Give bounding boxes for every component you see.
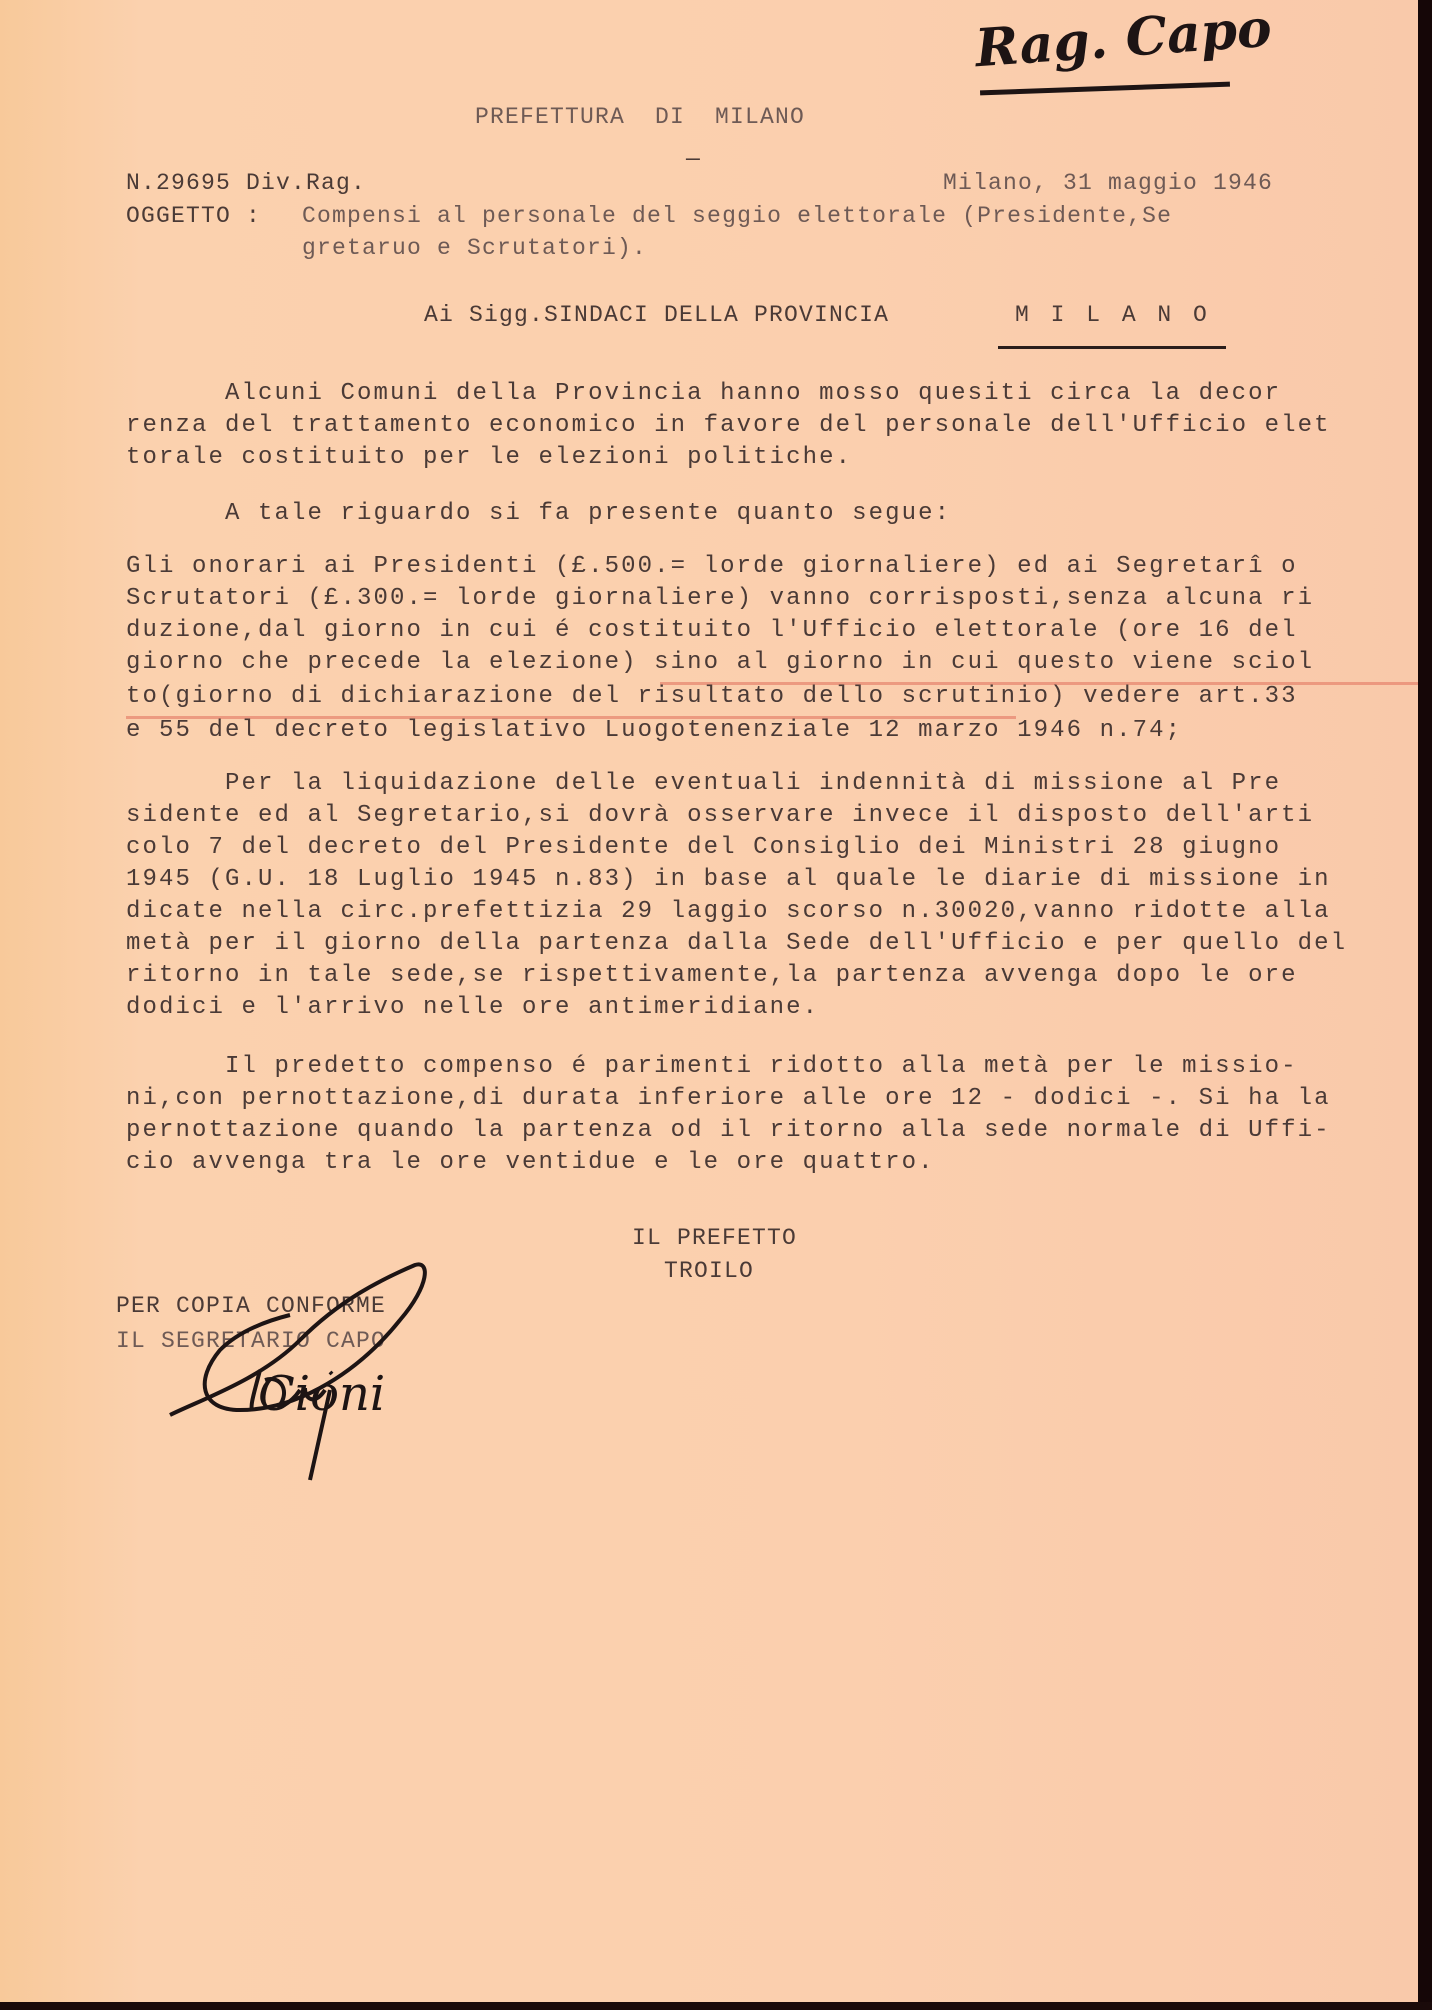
paragraph-3-line-4: giorno che precede la elezione) sino al … <box>126 649 1314 676</box>
paragraph-4-line-4: 1945 (G.U. 18 Luglio 1945 n.83) in base … <box>126 866 1331 893</box>
paragraph-5-line-2: ni,con pernottazione,di durata inferiore… <box>126 1085 1331 1112</box>
paragraph-4-line-3: colo 7 del decreto del Presidente del Co… <box>126 834 1281 861</box>
paragraph-3-line-2: Scrutatori (£.300.= lorde giornaliere) v… <box>126 585 1314 612</box>
protocol-number: N.29695 Div.Rag. <box>126 170 366 196</box>
paragraph-2-line-1: A tale riguardo si fa presente quanto se… <box>126 500 951 527</box>
handwritten-note: Rag. Capo <box>973 0 1273 79</box>
paragraph-4-line-8: dodici e l'arrivo nelle ore antimeridian… <box>126 994 819 1021</box>
prefect-name: TROILO <box>664 1258 754 1284</box>
office-title: PREFETTURA DI MILANO <box>475 104 805 130</box>
paragraph-5-line-3: pernottazione quando la partenza od il r… <box>126 1117 1331 1144</box>
signature-text: Cioni <box>258 1366 385 1422</box>
addressee-city: M I L A N O <box>1015 302 1211 328</box>
paragraph-5-line-4: cio avvenga tra le ore ventidue e le ore… <box>126 1149 935 1176</box>
subject-label: OGGETTO : <box>126 203 261 229</box>
handwritten-underline <box>980 82 1230 96</box>
place-date: Milano, 31 maggio 1946 <box>943 170 1273 196</box>
document-page: Rag. Capo PREFETTURA DI MILANO — N.29695… <box>0 0 1418 2002</box>
scan-border-bottom <box>0 2002 1432 2010</box>
paragraph-3-line-3: duzione,dal giorno in cui é costituito l… <box>126 617 1298 644</box>
addressee-prefix: Ai Sigg.SINDACI DELLA PROVINCIA <box>424 302 889 328</box>
scan-border-right <box>1418 0 1432 2010</box>
paragraph-4-line-7: ritorno in tale sede,se rispettivamente,… <box>126 962 1298 989</box>
paragraph-4-line-2: sidente ed al Segretario,si dovrà osserv… <box>126 802 1314 829</box>
paragraph-4-line-6: metà per il giorno della partenza dalla … <box>126 930 1347 957</box>
paragraph-1-line-2: renza del trattamento economico in favor… <box>126 412 1331 439</box>
header-dash: — <box>686 146 701 172</box>
paragraph-4-line-5: dicate nella circ.prefettizia 29 laggio … <box>126 898 1331 925</box>
paragraph-1-line-3: torale costituito per le elezioni politi… <box>126 444 852 471</box>
subject-line-1: Compensi al personale del seggio elettor… <box>302 203 1172 229</box>
paragraph-3-line-6: e 55 del decreto legislativo Luogotenenz… <box>126 717 1182 744</box>
handwritten-signature-icon: Cioni <box>140 1260 440 1490</box>
paragraph-5-line-1: Il predetto compenso é parimenti ridotto… <box>126 1053 1298 1080</box>
paragraph-3-line-5: to(giorno di dichiarazione del risultato… <box>126 683 1298 710</box>
subject-line-2: gretaruo e Scrutatori). <box>302 235 647 261</box>
paragraph-3-line-1: Gli onorari ai Presidenti (£.500.= lorde… <box>126 553 1298 580</box>
paragraph-1-line-1: Alcuni Comuni della Provincia hanno moss… <box>126 380 1281 407</box>
paragraph-4-line-1: Per la liquidazione delle eventuali inde… <box>126 770 1281 797</box>
prefect-title: IL PREFETTO <box>632 1225 797 1251</box>
addressee-underline <box>998 346 1226 349</box>
